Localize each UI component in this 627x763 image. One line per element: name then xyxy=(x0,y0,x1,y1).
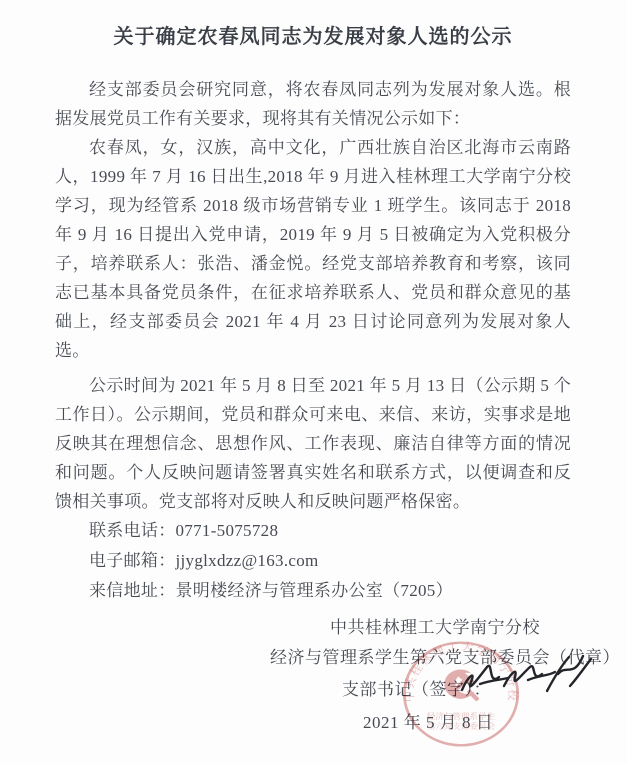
address-value: 景明楼经济与管理系办公室（7205） xyxy=(176,581,453,600)
footer-org-line-1: 中共桂林理工大学南宁分校 xyxy=(330,617,540,639)
handwritten-signature xyxy=(452,650,597,702)
document-body: 关于确定农春凤同志为发展对象人选的公示 经支部委员会研究同意，将农春凤同志列为发… xyxy=(55,0,571,606)
address-label: 来信地址： xyxy=(89,581,176,600)
seal-inner-text-1: 经济与管理系学生 xyxy=(427,712,495,721)
email-value: jjyglxdzz@163.com xyxy=(176,551,319,570)
phone-label: 联系电话： xyxy=(89,521,176,540)
phone-value: 0771-5075728 xyxy=(176,521,279,540)
notice-title-text: 关于确定农春凤同志为发展对象人选的公示 xyxy=(114,26,513,48)
contact-email-line: 电子邮箱：jjyglxdzz@163.com xyxy=(55,546,571,576)
paragraph-intro: 经支部委员会研究同意，将农春凤同志列为发展对象人选。根据发展党员工作有关要求，现… xyxy=(55,75,571,133)
paragraph-candidate-info: 农春凤，女，汉族，高中文化，广西壮族自治区北海市云南路人，1999 年 7 月 … xyxy=(55,133,571,365)
contact-block: 联系电话：0771-5075728 电子邮箱：jjyglxdzz@163.com… xyxy=(55,516,571,606)
email-label: 电子邮箱： xyxy=(89,551,176,570)
notice-document-page: 关于确定农春凤同志为发展对象人选的公示 经支部委员会研究同意，将农春凤同志列为发… xyxy=(0,0,627,763)
contact-address-line: 来信地址：景明楼经济与管理系办公室（7205） xyxy=(55,576,571,606)
contact-phone-line: 联系电话：0771-5075728 xyxy=(55,516,571,546)
paragraph-publicity-period: 公示时间为 2021 年 5 月 8 日至 2021 年 5 月 13 日（公示… xyxy=(55,371,571,516)
seal-inner-text-2: 第六党支部委员会 xyxy=(427,721,495,730)
notice-title: 关于确定农春凤同志为发展对象人选的公示 xyxy=(55,23,571,51)
